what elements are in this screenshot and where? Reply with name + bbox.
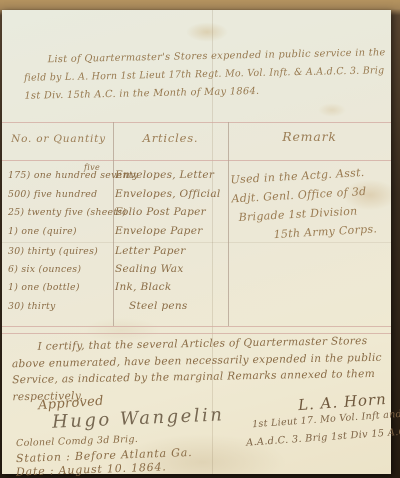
column-header-remark: Remark <box>228 129 391 144</box>
table-top-rule <box>2 122 391 123</box>
table-header-rule <box>2 160 391 161</box>
article-cell: Steel pens <box>111 300 188 312</box>
quantity-cell: 30) thirty <box>8 301 111 312</box>
column-header-articles: Articles. <box>113 131 228 145</box>
quantity-cell: 1) one (bottle) <box>8 282 111 293</box>
table-bottom-rule-1 <box>2 326 391 327</box>
quantity-cell: 6) six (ounces) <box>8 264 111 275</box>
article-cell: Envelope Paper <box>111 225 203 237</box>
document-scan: List of Quartermaster's Stores expended … <box>2 10 391 474</box>
header-paragraph: List of Quartermaster's Stores expended … <box>23 44 386 106</box>
quantity-superscript: five <box>84 163 100 172</box>
quantity-cell: 500) five hundred <box>8 189 111 200</box>
table-row: 30) thirty (quires)Letter Paper <box>8 246 389 264</box>
quantity-cell: 30) thirty (quires) <box>8 246 111 257</box>
quantity-cell: 1) one (quire) <box>8 226 111 237</box>
article-cell: Sealing Wax <box>111 263 184 275</box>
article-cell: Letter Paper <box>111 245 186 257</box>
table-row: 1) one (bottle)Ink, Black <box>8 282 389 300</box>
column-header-quantity: No. or Quantity <box>6 133 111 145</box>
quantity-cell: 25) twenty five (sheets) <box>8 207 111 218</box>
table-row: 30) thirtySteel pens <box>8 301 389 319</box>
article-cell: Envelopes, Letter <box>111 169 214 181</box>
article-cell: Ink, Black <box>111 281 172 293</box>
officer-title-line-2: A.A.d.C. 3. Brig 1st Div 15 A.C. <box>246 426 400 448</box>
approver-title: Colonel Comdg 3d Brig. <box>16 434 138 449</box>
table-row: 6) six (ounces)Sealing Wax <box>8 264 389 282</box>
article-cell: Folio Post Paper <box>111 206 206 218</box>
remark-note: Used in the Actg. Asst. Adjt. Genl. Offi… <box>230 162 392 247</box>
article-cell: Envelopes, Official <box>111 188 221 200</box>
